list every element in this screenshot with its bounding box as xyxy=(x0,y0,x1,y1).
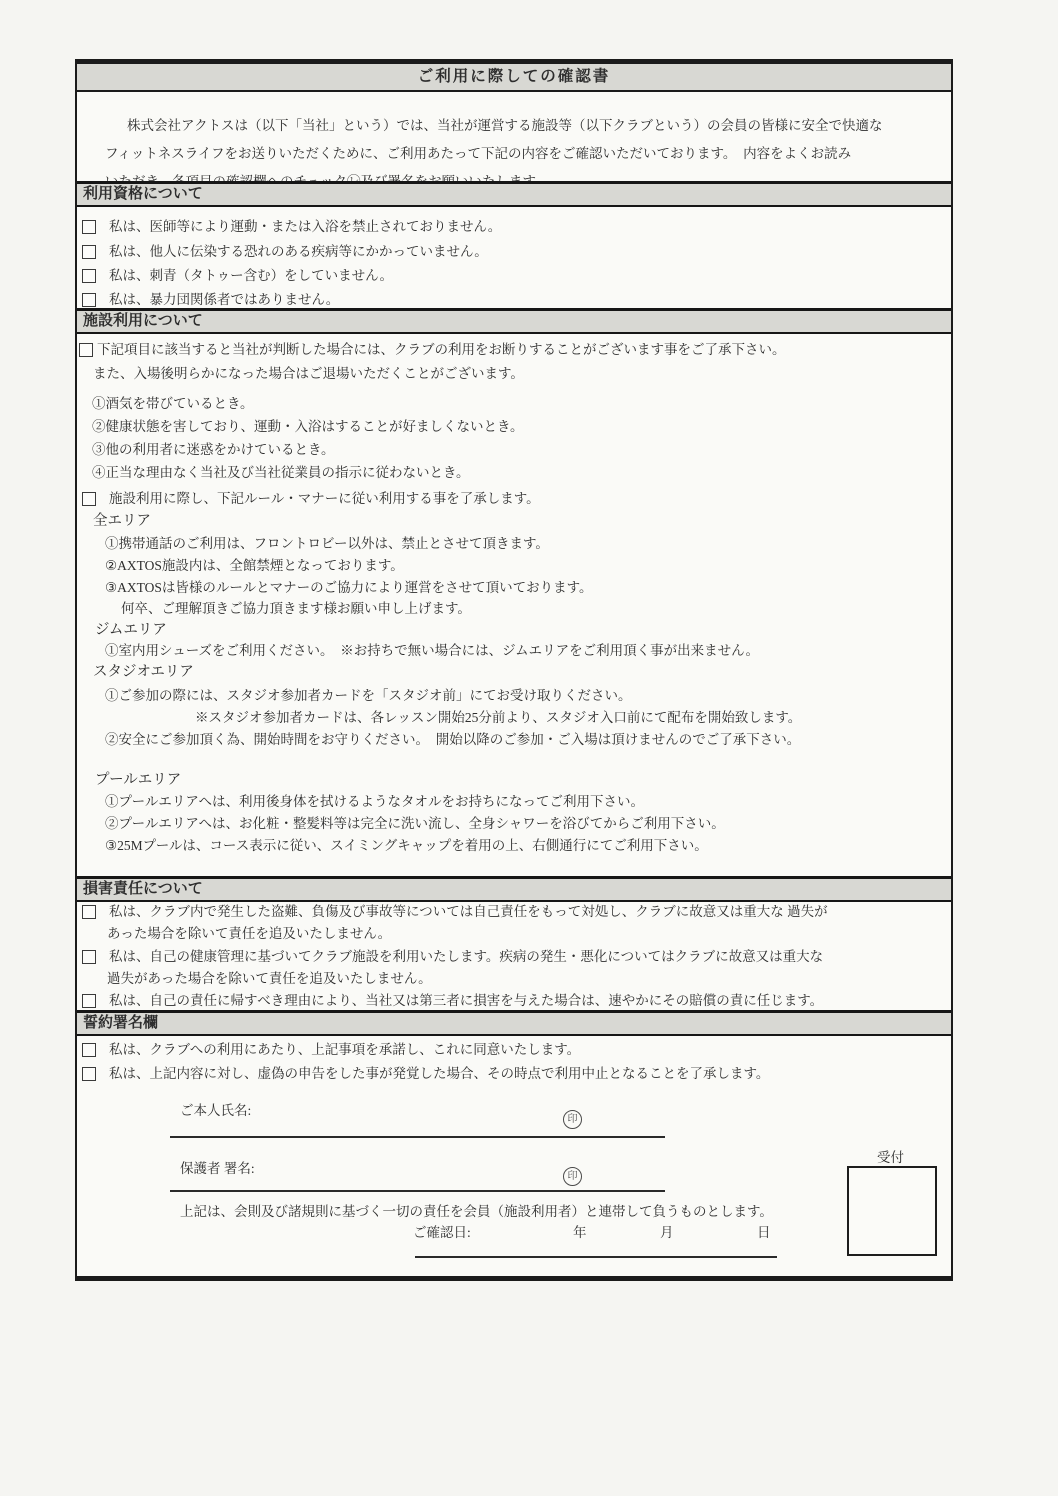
confirmation-date-label: ご確認日: xyxy=(413,1221,471,1241)
eligibility-item-text: 私は、刺青（タトゥー含む）をしていません。 xyxy=(109,267,393,285)
member-name-label: ご本人氏名: xyxy=(180,1099,251,1119)
guardian-signature-line[interactable] xyxy=(170,1190,665,1192)
eligibility-item-row: 私は、他人に伝染する恐れのある疾病等にかかっていません。 xyxy=(82,243,488,261)
section-heading-eligibility: 利用資格について xyxy=(77,181,951,207)
eligibility-item-text: 私は、他人に伝染する恐れのある疾病等にかかっていません。 xyxy=(109,243,488,261)
gym-area-item-1: ①室内用シューズをご利用ください。 ※お持ちで無い場合には、ジムエリアをご利用頂… xyxy=(105,642,759,660)
liability-item-1-line-2: あった場合を除いて責任を追及いたしません。 xyxy=(107,925,391,943)
eligibility-item-row: 私は、医師等により運動・または入浴を禁止されておりません。 xyxy=(82,218,501,236)
eligibility-checkbox-4[interactable] xyxy=(82,293,96,307)
liability-checkbox-1[interactable] xyxy=(82,905,96,919)
year-label: 年 xyxy=(573,1221,587,1241)
reception-stamp-box[interactable] xyxy=(847,1166,937,1256)
liability-item-row: 私は、クラブ内で発生した盗難、負傷及び事故等については自己責任をもって対処し、ク… xyxy=(82,903,828,921)
refusal-condition-4: ④正当な理由なく当社及び当社従業員の指示に従わないとき。 xyxy=(92,464,469,482)
intro-line-1: 株式会社アクトスは（以下「当社」という）では、当社が運営する施設等（以下クラブと… xyxy=(105,112,917,140)
liability-item-row: 私は、自己の健康管理に基づいてクラブ施設を利用いたします。疾病の発生・悪化につい… xyxy=(82,948,823,966)
facility-rules-ack-row: 施設利用に際し、下記ルール・マナーに従い利用する事を了承します。 xyxy=(82,490,540,508)
eligibility-item-row: 私は、刺青（タトゥー含む）をしていません。 xyxy=(82,267,393,285)
pledge-item-1: 私は、クラブへの利用にあたり、上記事項を承諾し、これに同意いたします。 xyxy=(109,1041,580,1059)
liability-checkbox-2[interactable] xyxy=(82,950,96,964)
all-area-item-3: ③AXTOSは皆様のルールとマナーのご協力により運営をさせて頂いております。 xyxy=(105,579,593,597)
facility-refusal-checkbox[interactable] xyxy=(79,343,93,357)
liability-item-1-line-1: 私は、クラブ内で発生した盗難、負傷及び事故等については自己責任をもって対処し、ク… xyxy=(109,903,828,921)
month-label: 月 xyxy=(660,1221,674,1241)
pool-area-item-3: ③25Mプールは、コース表示に従い、スイミングキャップを着用の上、右側通行にてご… xyxy=(105,837,708,855)
pledge-item-row: 私は、クラブへの利用にあたり、上記事項を承諾し、これに同意いたします。 xyxy=(82,1041,580,1059)
scanned-confirmation-form-page: ご利用に際しての確認書 株式会社アクトスは（以下「当社」という）では、当社が運営… xyxy=(0,0,1058,1496)
eligibility-checkbox-1[interactable] xyxy=(82,220,96,234)
joint-liability-note: 上記は、会則及び諸規則に基づく一切の責任を会員（施設利用者）と連帯して負うものと… xyxy=(180,1200,773,1220)
eligibility-item-text: 私は、医師等により運動・または入浴を禁止されておりません。 xyxy=(109,218,501,236)
facility-rules-checkbox[interactable] xyxy=(82,492,96,506)
pledge-checkbox-2[interactable] xyxy=(82,1067,96,1081)
form-title: ご利用に際しての確認書 xyxy=(77,64,951,92)
all-area-item-1: ①携帯通話のご利用は、フロントロビー以外は、禁止とさせて頂きます。 xyxy=(105,535,549,553)
member-name-signature-line[interactable] xyxy=(170,1136,665,1138)
pledge-item-row: 私は、上記内容に対し、虚偽の申告をした事が発覚した場合、その時点で利用中止となる… xyxy=(82,1065,769,1083)
facility-refusal-text-2: また、入場後明らかになった場合はご退場いただくことがございます。 xyxy=(93,365,524,383)
pool-area-title: プールエリア xyxy=(95,771,181,789)
studio-area-title: スタジオエリア xyxy=(93,663,194,681)
confirmation-form: ご利用に際しての確認書 株式会社アクトスは（以下「当社」という）では、当社が運営… xyxy=(75,59,953,1281)
reception-label: 受付 xyxy=(877,1146,904,1166)
eligibility-checkbox-3[interactable] xyxy=(82,269,96,283)
section-heading-pledge: 誓約署名欄 xyxy=(77,1010,951,1036)
eligibility-item-row: 私は、暴力団関係者ではありません。 xyxy=(82,291,339,309)
eligibility-item-text: 私は、暴力団関係者ではありません。 xyxy=(109,291,339,309)
day-label: 日 xyxy=(757,1221,771,1241)
refusal-condition-1: ①酒気を帯びているとき。 xyxy=(92,395,253,413)
facility-refusal-text: 下記項目に該当すると当社が判断した場合には、クラブの利用をお断りすることがござい… xyxy=(97,341,786,359)
pool-area-item-2: ②プールエリアへは、お化粧・整髪料等は完全に洗い流し、全身シャワーを浴びてからご… xyxy=(105,815,725,833)
all-area-item-2: ②AXTOS施設内は、全館禁煙となっております。 xyxy=(105,557,404,575)
gym-area-title: ジムエリア xyxy=(95,621,167,639)
studio-area-item-1: ①ご参加の際には、スタジオ参加者カードを「スタジオ前」にてお受け取りください。 xyxy=(105,687,632,705)
all-area-item-3b: 何卒、ご理解頂きご協力頂きます様お願い申し上げます。 xyxy=(121,600,471,618)
section-heading-liability: 損害責任について xyxy=(77,876,951,902)
liability-item-row: 私は、自己の責任に帰すべき理由により、当社又は第三者に損害を与えた場合は、速やか… xyxy=(82,992,823,1010)
studio-area-item-2: ②安全にご参加頂く為、開始時間をお守りください。 開始以降のご参加・ご入場は頂け… xyxy=(105,731,800,749)
liability-item-3: 私は、自己の責任に帰すべき理由により、当社又は第三者に損害を与えた場合は、速やか… xyxy=(109,992,823,1010)
liability-item-2-line-1: 私は、自己の健康管理に基づいてクラブ施設を利用いたします。疾病の発生・悪化につい… xyxy=(109,948,823,966)
eligibility-checkbox-2[interactable] xyxy=(82,245,96,259)
liability-checkbox-3[interactable] xyxy=(82,994,96,1008)
stamp-seal-icon: 印 xyxy=(563,1110,582,1129)
intro-line-2: フィットネスライフをお送りいただくために、ご利用あたって下記の内容をご確認いただ… xyxy=(105,140,917,168)
stamp-seal-icon: 印 xyxy=(563,1167,582,1186)
all-area-title: 全エリア xyxy=(93,512,151,530)
pledge-item-2: 私は、上記内容に対し、虚偽の申告をした事が発覚した場合、その時点で利用中止となる… xyxy=(109,1065,769,1083)
confirmation-date-line[interactable] xyxy=(415,1256,777,1258)
refusal-condition-2: ②健康状態を害しており、運動・入浴はすることが好ましくないとき。 xyxy=(92,418,523,436)
section-heading-facility: 施設利用について xyxy=(77,308,951,334)
liability-item-2-line-2: 過失があった場合を除いて責任を追及いたしません。 xyxy=(107,970,432,988)
pledge-checkbox-1[interactable] xyxy=(82,1043,96,1057)
refusal-condition-3: ③他の利用者に迷惑をかけているとき。 xyxy=(92,441,334,459)
studio-area-note: ※スタジオ参加者カードは、各レッスン開始25分前より、スタジオ入口前にて配布を開… xyxy=(195,709,801,727)
facility-rules-text: 施設利用に際し、下記ルール・マナーに従い利用する事を了承します。 xyxy=(109,490,540,508)
facility-refusal-row: 下記項目に該当すると当社が判断した場合には、クラブの利用をお断りすることがござい… xyxy=(79,341,786,359)
pool-area-item-1: ①プールエリアへは、利用後身体を拭けるようなタオルをお持ちになってご利用下さい。 xyxy=(105,793,644,811)
guardian-signature-label: 保護者 署名: xyxy=(180,1157,255,1177)
